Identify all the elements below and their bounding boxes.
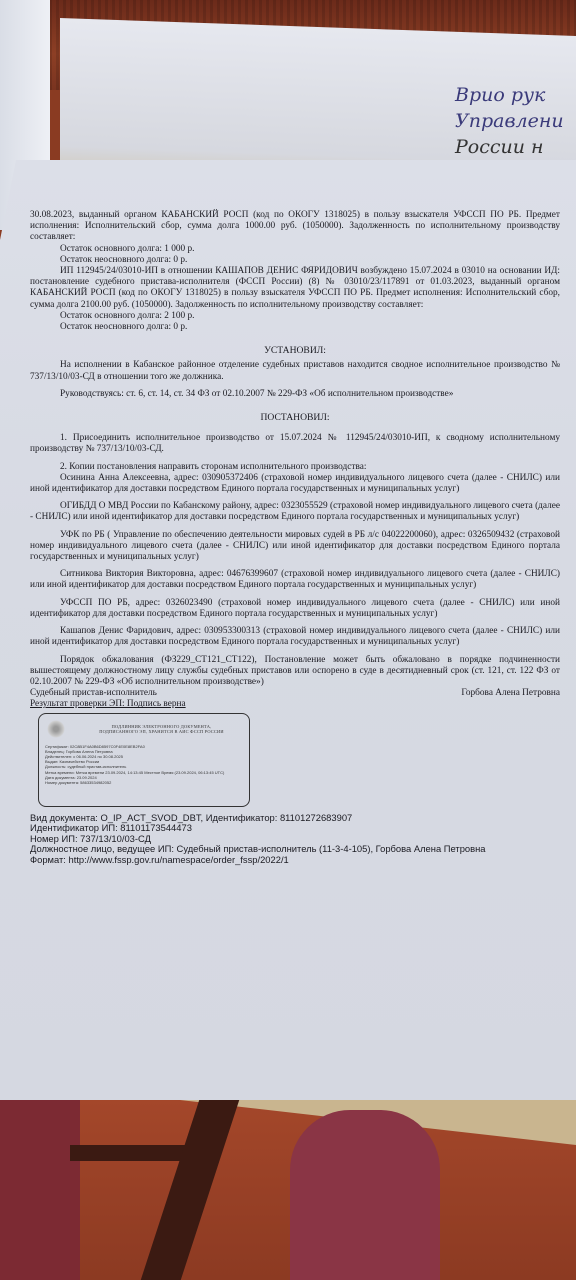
fabric	[290, 1110, 440, 1280]
debt-main: Остаток основного долга: 2 100 р.	[30, 311, 560, 322]
stamp-rows: Сертификат: 02C8B1F4A0B6D8597C0F4E0E8EB2…	[45, 744, 245, 786]
document-text: 30.08.2023, выданный органом КАБАНСКИЙ Р…	[30, 210, 560, 865]
signer-name: Горбова Алена Петровна	[461, 688, 560, 699]
recipient: ОГИБДД О МВД России по Кабанскому району…	[30, 501, 560, 523]
electronic-signature-stamp: ПОДЛИННИК ЭЛЕКТРОННОГО ДОКУМЕНТА, ПОДПИС…	[38, 713, 250, 807]
chair-leg	[141, 1100, 239, 1280]
recipient: Ситникова Виктория Викторовна, адрес: 04…	[30, 569, 560, 591]
recipient: УФССП ПО РБ, адрес: 0326023490 (страхово…	[30, 598, 560, 620]
guided-by: Руководствуясь: ст. 6, ст. 14, ст. 34 ФЗ…	[30, 389, 560, 400]
signature-check: Результат проверки ЭП: Подпись верна	[30, 699, 560, 710]
recipient: УФК по РБ ( Управление по обеспечению де…	[30, 530, 560, 564]
stamp-row: Метка времени: Метка времени 23.09.2024,…	[45, 770, 245, 775]
recipient: Осинина Анна Алексеевна, адрес: 03090537…	[30, 473, 560, 495]
debt-main: Остаток основного долга: 1 000 р.	[30, 244, 560, 255]
handwriting-line: Врио рук	[455, 82, 576, 108]
handwriting-line: Управлени	[455, 108, 576, 134]
floor-background	[0, 1100, 576, 1280]
paragraph: ИП 112945/24/03010-ИП в отношении КАШАПО…	[30, 266, 560, 311]
handwritten-note: Врио рук Управлени России н	[455, 82, 576, 160]
appeal-procedure: Порядок обжалования (ФЗ229_СТ121_СТ122),…	[30, 655, 560, 689]
heading-resolved: ПОСТАНОВИЛ:	[30, 412, 560, 423]
document-metadata: Вид документа: O_IP_ACT_SVOD_DBT, Иденти…	[30, 813, 560, 866]
debt-secondary: Остаток неосновного долга: 0 р.	[30, 255, 560, 266]
paragraph: 30.08.2023, выданный органом КАБАНСКИЙ Р…	[30, 210, 560, 244]
signature-row: Судебный пристав-исполнитель Горбова Але…	[30, 688, 560, 699]
stamp-row: Номер документа: 58633534982052	[45, 780, 245, 785]
stamp-header: ПОДЛИННИК ЭЛЕКТРОННОГО ДОКУМЕНТА, ПОДПИС…	[79, 724, 244, 735]
recipient: Кашапов Денис Фаридович, адрес: 03095330…	[30, 626, 560, 648]
signer-title: Судебный пристав-исполнитель	[30, 688, 157, 699]
fabric	[0, 1100, 80, 1280]
handwriting-line: России н	[455, 134, 576, 160]
established-text: На исполнении в Кабанское районное отдел…	[30, 360, 560, 382]
coat-of-arms-icon	[47, 720, 65, 738]
heading-established: УСТАНОВИЛ:	[30, 345, 560, 356]
stamp-header-line: ПОДПИСАННОГО ЭП, ХРАНИТСЯ В АИС ФССП РОС…	[79, 729, 244, 735]
chair-rail	[70, 1145, 190, 1161]
format-url: Формат: http://www.fssp.gov.ru/namespace…	[30, 855, 560, 866]
debt-secondary: Остаток неосновного долга: 0 р.	[30, 322, 560, 333]
resolution-item-2: 2. Копии постановления направить сторона…	[30, 462, 560, 473]
resolution-item-1: 1. Присоединить исполнительное производс…	[30, 433, 560, 455]
